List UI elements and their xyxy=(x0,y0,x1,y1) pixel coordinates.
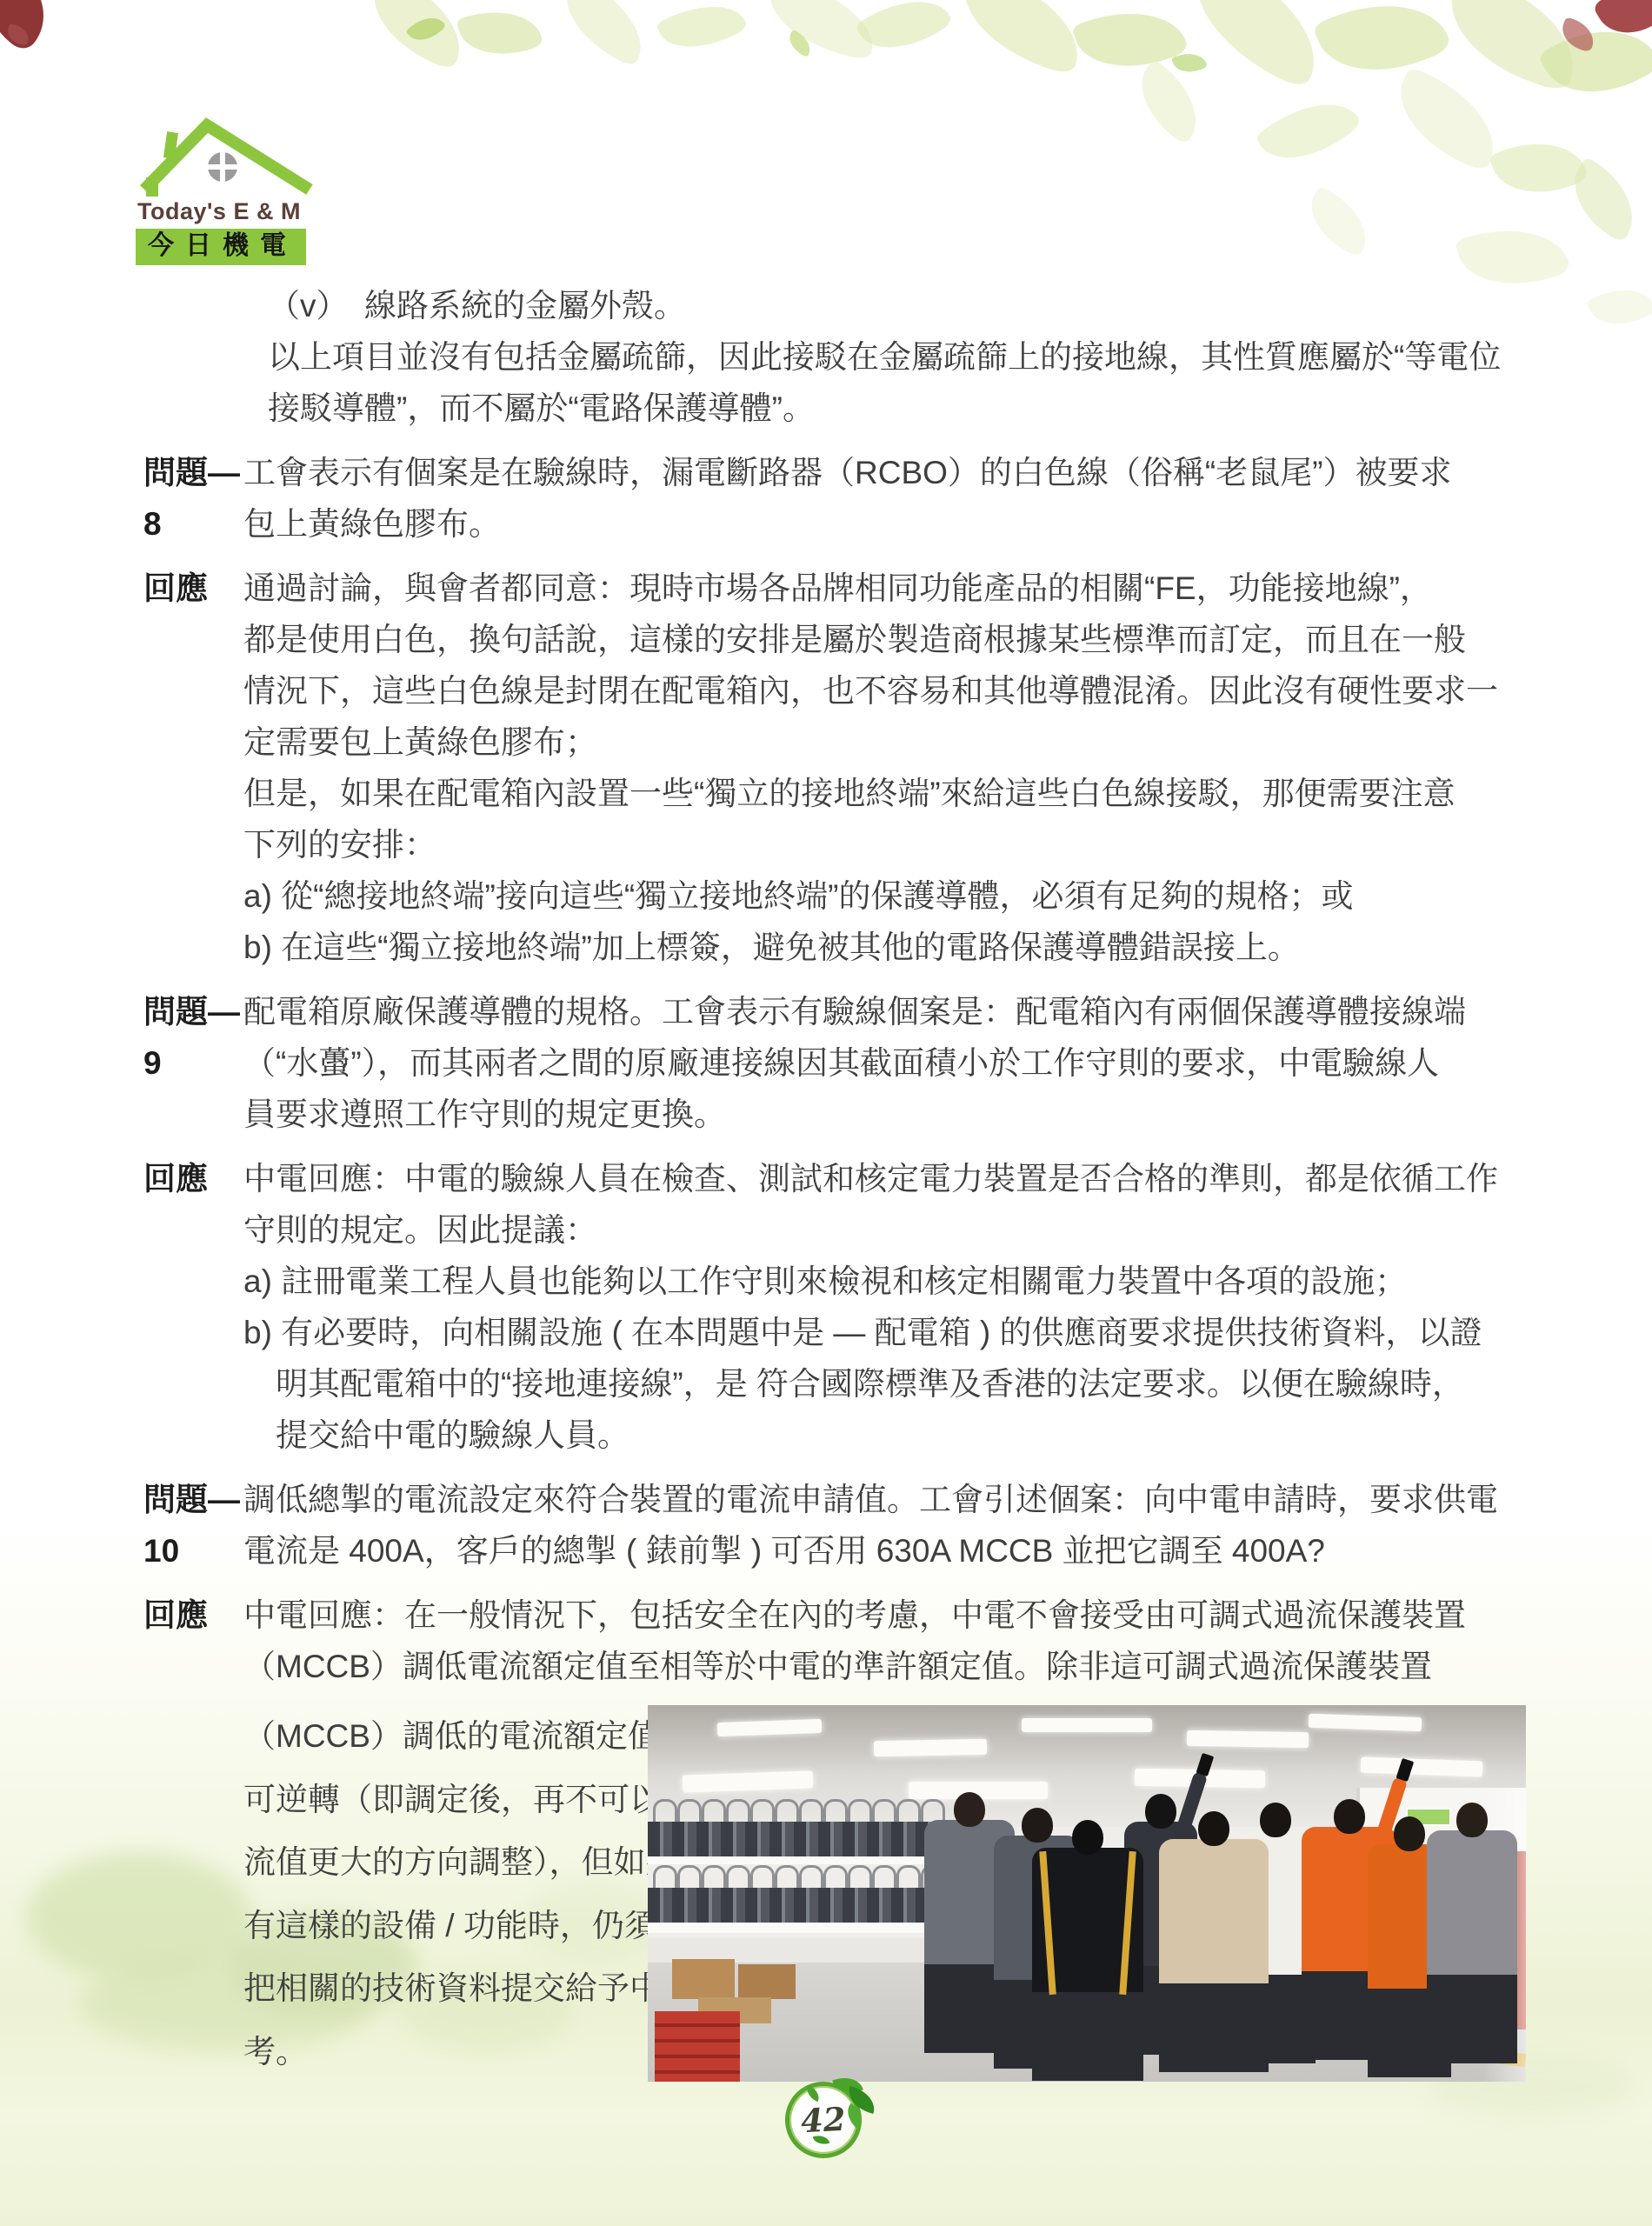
leaf-decoration xyxy=(1255,82,1363,179)
wire-loop xyxy=(872,1865,896,1889)
response-10-block: 回應 中電回應：在一般情況下，包括安全在內的考慮，中電不會接受由可調式過流保護裝… xyxy=(143,1590,1535,1692)
question-9-text: 配電箱原廠保護導體的規格。工會表示有驗線個案是：配電箱內有兩個保護導體接線端（“… xyxy=(243,986,1535,1140)
text-line: 考。 xyxy=(243,2021,648,2084)
wire-loop xyxy=(775,1865,799,1889)
text-line: 配電箱原廠保護導體的規格。工會表示有驗線個案是：配電箱內有兩個保護導體接線端 xyxy=(243,986,1535,1037)
house-logo-icon xyxy=(136,110,318,197)
meter-test-rack xyxy=(648,1799,952,1947)
person-head xyxy=(1072,1820,1103,1855)
text-line: 下列的安排： xyxy=(243,819,1535,870)
rack-shelf xyxy=(648,1923,952,1933)
text-line: 以上項目並沒有包括金屬疏篩，因此接駁在金屬疏篩上的接地線，其性質應屬於“等電位 xyxy=(268,331,1535,383)
question-10-block: 問題—10 調低總掣的電流設定來符合裝置的電流申請值。工會引述個案：向中電申請時… xyxy=(143,1474,1535,1576)
text-line: 中電回應：在一般情況下，包括安全在內的考慮，中電不會接受由可調式過流保護裝置 xyxy=(243,1590,1535,1641)
text-line: 調低總掣的電流設定來符合裝置的電流申請值。工會引述個案：向中電申請時，要求供電 xyxy=(243,1474,1535,1525)
person-head xyxy=(954,1792,985,1827)
text-line: 但是，如果在配電箱內設置一些“獨立的接地終端”來給這些白色線接駁，那便需要注意 xyxy=(243,768,1535,819)
intro-block: （v） 線路系統的金屬外殼。以上項目並沒有包括金屬疏篩，因此接駁在金屬疏篩上的接… xyxy=(143,280,1535,434)
question-8-text: 工會表示有個案是在驗線時，漏電斷路器（RCBO）的白色線（俗稱“老鼠尾”）被要求… xyxy=(243,447,1535,550)
wire-loop xyxy=(750,1865,775,1889)
red-crates xyxy=(655,2011,740,2082)
question-8-label: 問題—8 xyxy=(143,447,243,550)
wire-loop xyxy=(848,1799,872,1823)
leaf-decoration xyxy=(949,0,1095,77)
text-line: 電流是 400A，客戶的總掣 ( 錶前掣 ) 可否用 630A MCCB 並把它… xyxy=(243,1525,1535,1576)
text-line: 有這樣的設備 / 功能時，仍須事前 xyxy=(243,1895,648,1958)
person-body xyxy=(1427,1830,1517,2063)
wire-loop xyxy=(823,1799,848,1823)
question-9-block: 問題—9 配電箱原廠保護導體的規格。工會表示有驗線個案是：配電箱內有兩個保護導體… xyxy=(143,986,1535,1140)
page-number-badge: 42 xyxy=(785,2082,862,2158)
response-8-text: 通過討論，與會者都同意：現時市場各品牌相同功能產品的相關“FE，功能接地線”，都… xyxy=(243,563,1535,973)
meter-row xyxy=(648,1822,948,1856)
text-line: 包上黃綠色膠布。 xyxy=(243,498,1535,550)
person-figure xyxy=(1032,1820,1143,2081)
person-head xyxy=(1394,1816,1425,1851)
wire-loop xyxy=(653,1865,677,1889)
person-figure xyxy=(1159,1811,1269,2072)
leaf-decoration xyxy=(656,0,749,63)
text-line: 可逆轉（即調定後，再不可以向電 xyxy=(243,1769,648,1832)
response-10-text: 中電回應：在一般情況下，包括安全在內的考慮，中電不會接受由可調式過流保護裝置（M… xyxy=(243,1590,1535,1692)
text-line: 工會表示有個案是在驗線時，漏電斷路器（RCBO）的白色線（俗稱“老鼠尾”）被要求 xyxy=(243,447,1535,498)
wire-loop xyxy=(702,1865,726,1889)
text-and-photo-row: （MCCB）調低的電流額定值是不可逆轉（即調定後，再不可以向電流值更大的方向調整… xyxy=(143,1705,1535,2083)
wire-loop xyxy=(775,1799,799,1823)
leaf-decoration xyxy=(1489,126,1589,209)
response-9-text: 中電回應：中電的驗線人員在檢查、測試和核定電力裝置是否合格的準則，都是依循工作守… xyxy=(243,1153,1535,1461)
response-9-label: 回應 xyxy=(143,1153,243,1461)
question-9-label: 問題—9 xyxy=(143,986,243,1140)
wire-loop xyxy=(726,1865,750,1889)
leaf-decoration xyxy=(1173,0,1340,91)
response-10-label: 回應 xyxy=(143,1590,243,1692)
leaf-decoration xyxy=(855,0,954,66)
page-number: 42 xyxy=(800,2100,847,2141)
person-head xyxy=(1198,1811,1229,1846)
person-body xyxy=(1159,1839,1269,2072)
text-line: 員要求遵照工作守則的規定更換。 xyxy=(243,1089,1535,1140)
text-line: a) 從“總接地終端”接向這些“獨立接地終端”的保護導體，必須有足夠的規格；或 xyxy=(243,870,1535,922)
meter-row xyxy=(648,1888,948,1923)
wire-loop xyxy=(896,1865,921,1889)
ceiling-light xyxy=(874,1739,987,1756)
text-line: （v） 線路系統的金屬外殼。 xyxy=(268,280,1535,331)
wire-loop xyxy=(823,1865,848,1889)
leaf-decoration xyxy=(1586,276,1652,337)
wire-loop xyxy=(750,1799,775,1823)
text-line: 情況下，這些白色線是封閉在配電箱內，也不容易和其他導體混淆。因此沒有硬性要求一 xyxy=(243,665,1535,716)
intro-text: （v） 線路系統的金屬外殼。以上項目並沒有包括金屬疏篩，因此接駁在金屬疏篩上的接… xyxy=(243,280,1535,434)
magazine-page: Today's E & M 今日機電 （v） 線路系統的金屬外殼。以上項目並沒有… xyxy=(0,0,1652,2226)
label-spacer xyxy=(143,280,243,434)
response-9-block: 回應 中電回應：中電的驗線人員在檢查、測試和核定電力裝置是否合格的準則，都是依循… xyxy=(143,1153,1535,1461)
cardboard-box xyxy=(738,1964,796,1999)
wire-loop xyxy=(726,1799,750,1823)
wire-loop xyxy=(872,1799,896,1823)
leaf-decoration xyxy=(1124,59,1215,146)
wire-loop xyxy=(799,1799,823,1823)
text-line: 守則的規定。因此提議： xyxy=(243,1204,1535,1256)
question-8-block: 問題—8 工會表示有個案是在驗線時，漏電斷路器（RCBO）的白色線（俗稱“老鼠尾… xyxy=(143,447,1535,550)
leaf-decoration xyxy=(456,0,543,66)
leaf-icon xyxy=(803,2085,823,2102)
ceiling-light xyxy=(1187,1730,1309,1748)
response-10-side-text: （MCCB）調低的電流額定值是不可逆轉（即調定後，再不可以向電流值更大的方向調整… xyxy=(243,1705,648,2083)
text-line: （MCCB）調低電流額定值至相等於中電的準許額定值。除非這可調式過流保護裝置 xyxy=(243,1641,1535,1692)
wire-loop xyxy=(677,1865,702,1889)
text-line: 流值更大的方向調整），但如果確 xyxy=(243,1831,648,1895)
response-8-block: 回應 通過討論，與會者都同意：現時市場各品牌相同功能產品的相關“FE，功能接地線… xyxy=(143,563,1535,973)
text-line: b) 有必要時，向相關設施 ( 在本問題中是 — 配電箱 ) 的供應商要求提供技… xyxy=(243,1307,1535,1358)
text-line: 中電回應：中電的驗線人員在檢查、測試和核定電力裝置是否合格的準則，都是依循工作 xyxy=(243,1153,1535,1204)
response-8-label: 回應 xyxy=(143,563,243,973)
text-line: a) 註冊電業工程人員也能夠以工作守則來檢視和核定相關電力裝置中各項的設施； xyxy=(243,1256,1535,1307)
leaf-decoration xyxy=(550,0,658,68)
text-line: 定需要包上黃綠色膠布； xyxy=(243,716,1535,768)
text-line: 明其配電箱中的“接地連接線”，是 符合國際標準及香港的法定要求。以便在驗線時， xyxy=(243,1358,1535,1410)
text-line: （MCCB）調低的電流額定值是不 xyxy=(243,1705,648,1769)
wire-loop xyxy=(702,1799,726,1823)
text-line: 都是使用白色，換句話說，這樣的安排是屬於製造商根據某些標準而訂定，而且在一般 xyxy=(243,614,1535,665)
text-line: （“水蠆”），而其兩者之間的原廠連接線因其截面積小於工作守則的要求，中電驗線人 xyxy=(243,1037,1535,1089)
person-figure xyxy=(1427,1803,1517,2063)
person-head xyxy=(1456,1803,1488,1837)
rack-shelf xyxy=(648,1856,952,1864)
text-line: 接駁導體”，而不屬於“電路保護導體”。 xyxy=(268,383,1535,434)
leaf-decoration xyxy=(1298,185,1380,257)
text-line: b) 在這些“獨立接地終端”加上標簽，避免被其他的電路保護導體錯誤接上。 xyxy=(243,922,1535,973)
text-line: 把相關的技術資料提交給予中電參 xyxy=(243,1957,648,2021)
article-content: （v） 線路系統的金屬外殼。以上項目並沒有包括金屬疏篩，因此接駁在金屬疏篩上的接… xyxy=(143,280,1535,2083)
wire-loop xyxy=(677,1799,702,1823)
person-head xyxy=(1334,1799,1365,1834)
wire-loop xyxy=(799,1865,823,1889)
logo-title: Today's E & M xyxy=(137,198,318,225)
question-10-text: 調低總掣的電流設定來符合裝置的電流申請值。工會引述個案：向中電申請時，要求供電電… xyxy=(243,1474,1535,1576)
text-line: 通過討論，與會者都同意：現時市場各品牌相同功能產品的相關“FE，功能接地線”， xyxy=(243,563,1535,614)
site-visit-photo xyxy=(648,1705,1526,2082)
logo-subtitle: 今日機電 xyxy=(136,229,306,265)
wire-loop xyxy=(848,1865,872,1889)
magazine-logo: Today's E & M 今日機電 xyxy=(136,110,318,265)
ceiling-light xyxy=(1022,1718,1152,1732)
text-line: 提交給中電的驗線人員。 xyxy=(243,1410,1535,1461)
wire-loop xyxy=(896,1799,921,1823)
cardboard-box xyxy=(672,1959,735,1999)
question-10-label: 問題—10 xyxy=(143,1474,243,1576)
wire-loop xyxy=(653,1799,677,1823)
leaf-decoration xyxy=(1071,0,1189,84)
